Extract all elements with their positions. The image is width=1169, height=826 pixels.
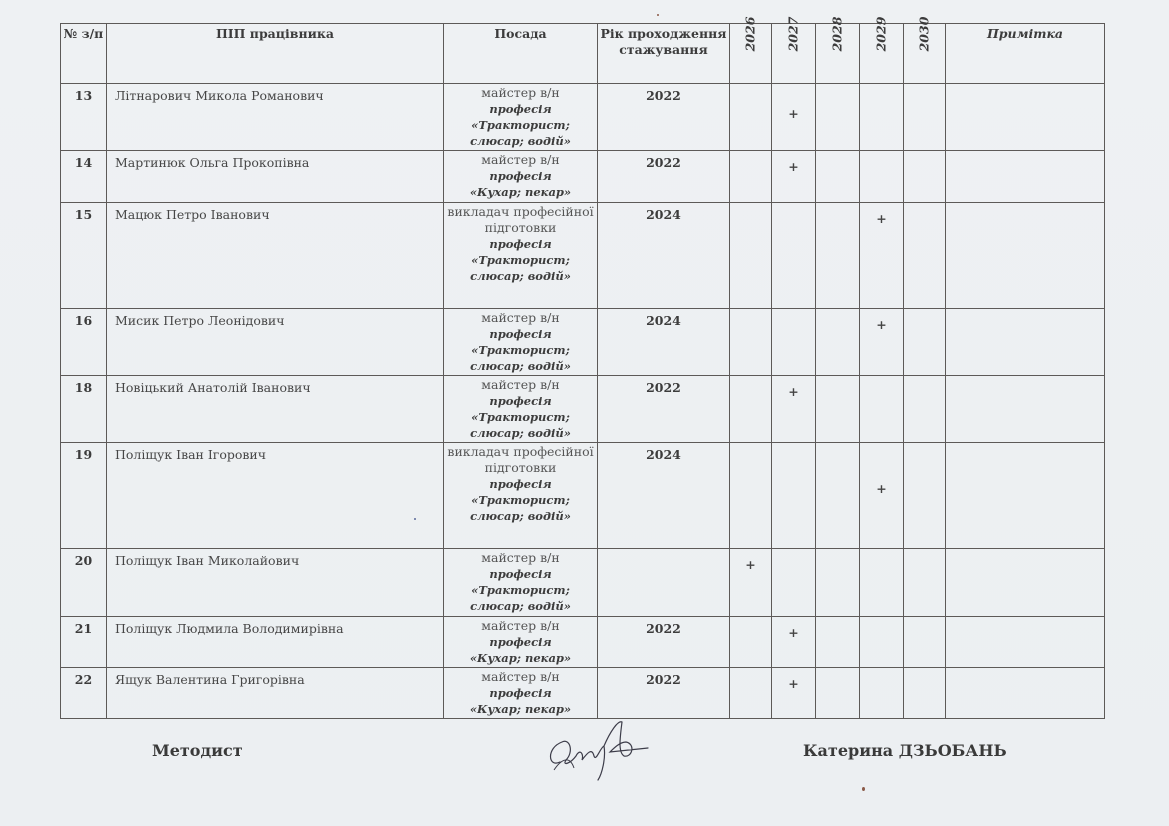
plus-mark-icon: + xyxy=(860,317,903,333)
plan-cell-2030 xyxy=(904,549,946,617)
plan-cell-2027: + xyxy=(772,151,816,203)
internship-year: 2022 xyxy=(598,668,730,719)
profession-label: професія xyxy=(444,393,597,409)
plan-cell-2026 xyxy=(730,443,772,549)
table-row: 19Поліщук Іван Ігоровичвикладач професій… xyxy=(61,443,1105,549)
table-row: 16Мисик Петро Леонідовичмайстер в/нпрофе… xyxy=(61,309,1105,376)
plan-cell-2027: + xyxy=(772,668,816,719)
internship-year: 2024 xyxy=(598,309,730,376)
plan-cell-2029: + xyxy=(860,443,904,549)
plan-cell-2028 xyxy=(816,549,860,617)
row-number: 15 xyxy=(61,203,107,309)
profession-label: професія xyxy=(444,236,597,252)
internship-year: 2022 xyxy=(598,617,730,668)
employee-position: викладач професійної підготовкипрофесія«… xyxy=(444,443,598,549)
plan-cell-2029: + xyxy=(860,203,904,309)
row-number: 21 xyxy=(61,617,107,668)
plan-cell-2027: + xyxy=(772,84,816,151)
plan-cell-2027 xyxy=(772,203,816,309)
profession-label: професія xyxy=(444,168,597,184)
table-row: 21Поліщук Людмила Володимирівнамайстер в… xyxy=(61,617,1105,668)
position-role: майстер в/н xyxy=(444,669,597,685)
table-header-row: № з/п ПІП працівника Посада Рік проходже… xyxy=(61,24,1105,84)
plan-cell-2027 xyxy=(772,443,816,549)
note-cell xyxy=(946,309,1105,376)
profession-name: «Кухар; пекар» xyxy=(444,650,597,666)
position-role: майстер в/н xyxy=(444,550,597,566)
employee-position: майстер в/нпрофесія«Кухар; пекар» xyxy=(444,617,598,668)
plan-cell-2030 xyxy=(904,617,946,668)
plan-cell-2029 xyxy=(860,617,904,668)
plan-cell-2030 xyxy=(904,443,946,549)
note-cell xyxy=(946,549,1105,617)
footer-signer: Катерина ДЗЬОБАНЬ xyxy=(803,741,1007,760)
plan-cell-2030 xyxy=(904,84,946,151)
profession-name: «Тракторист; слюсар; водій» xyxy=(444,117,597,149)
paper-speck xyxy=(414,518,416,520)
plan-cell-2026: + xyxy=(730,549,772,617)
employee-position: майстер в/нпрофесія«Тракторист; слюсар; … xyxy=(444,376,598,443)
row-number: 14 xyxy=(61,151,107,203)
header-position: Посада xyxy=(444,24,598,84)
row-number: 20 xyxy=(61,549,107,617)
plan-cell-2030 xyxy=(904,376,946,443)
plan-cell-2027: + xyxy=(772,376,816,443)
plan-cell-2027: + xyxy=(772,617,816,668)
plan-cell-2028 xyxy=(816,203,860,309)
header-num: № з/п xyxy=(61,24,107,84)
internship-year: 2022 xyxy=(598,376,730,443)
table-row: 14Мартинюк Ольга Прокопівнамайстер в/нпр… xyxy=(61,151,1105,203)
note-cell xyxy=(946,84,1105,151)
internship-year: 2024 xyxy=(598,443,730,549)
plan-cell-2028 xyxy=(816,376,860,443)
note-cell xyxy=(946,376,1105,443)
plan-cell-2026 xyxy=(730,617,772,668)
profession-label: професія xyxy=(444,326,597,342)
position-role: майстер в/н xyxy=(444,152,597,168)
employee-name: Поліщук Іван Ігорович xyxy=(107,443,444,549)
employee-position: майстер в/нпрофесія«Тракторист; слюсар; … xyxy=(444,309,598,376)
plan-cell-2028 xyxy=(816,443,860,549)
header-year-2030: 2030 xyxy=(904,24,946,84)
note-cell xyxy=(946,151,1105,203)
plan-cell-2029 xyxy=(860,376,904,443)
note-cell xyxy=(946,617,1105,668)
plan-cell-2026 xyxy=(730,376,772,443)
employee-position: майстер в/нпрофесія«Кухар; пекар» xyxy=(444,668,598,719)
profession-name: «Тракторист; слюсар; водій» xyxy=(444,582,597,614)
position-role: майстер в/н xyxy=(444,377,597,393)
position-role: викладач професійної підготовки xyxy=(444,204,597,236)
header-note: Примітка xyxy=(946,24,1105,84)
internship-year: 2022 xyxy=(598,84,730,151)
employee-name: Ящук Валентина Григорівна xyxy=(107,668,444,719)
profession-name: «Тракторист; слюсар; водій» xyxy=(444,342,597,374)
header-year-2028: 2028 xyxy=(816,24,860,84)
document-page: № з/п ПІП працівника Посада Рік проходже… xyxy=(0,0,1169,826)
profession-name: «Кухар; пекар» xyxy=(444,184,597,200)
plan-cell-2027 xyxy=(772,549,816,617)
plan-cell-2028 xyxy=(816,668,860,719)
plan-cell-2030 xyxy=(904,151,946,203)
plus-mark-icon: + xyxy=(860,481,903,497)
plus-mark-icon: + xyxy=(772,159,815,175)
plan-cell-2029 xyxy=(860,549,904,617)
employee-name: Мисик Петро Леонідович xyxy=(107,309,444,376)
employee-name: Поліщук Іван Миколайович xyxy=(107,549,444,617)
profession-label: професія xyxy=(444,685,597,701)
plan-cell-2027 xyxy=(772,309,816,376)
table-row: 15Мацюк Петро Івановичвикладач професійн… xyxy=(61,203,1105,309)
position-role: майстер в/н xyxy=(444,310,597,326)
profession-name: «Кухар; пекар» xyxy=(444,701,597,717)
note-cell xyxy=(946,203,1105,309)
employee-position: викладач професійної підготовкипрофесія«… xyxy=(444,203,598,309)
profession-label: професія xyxy=(444,476,597,492)
plan-cell-2026 xyxy=(730,151,772,203)
row-number: 18 xyxy=(61,376,107,443)
table-row: 22Ящук Валентина Григорівнамайстер в/нпр… xyxy=(61,668,1105,719)
plan-cell-2029 xyxy=(860,151,904,203)
position-role: майстер в/н xyxy=(444,618,597,634)
employee-name: Літнарович Микола Романович xyxy=(107,84,444,151)
signature-image xyxy=(540,718,650,784)
profession-label: професія xyxy=(444,101,597,117)
internship-year xyxy=(598,549,730,617)
plan-cell-2028 xyxy=(816,617,860,668)
plan-cell-2028 xyxy=(816,309,860,376)
staff-internship-table: № з/п ПІП працівника Посада Рік проходже… xyxy=(60,23,1105,719)
employee-name: Мацюк Петро Іванович xyxy=(107,203,444,309)
employee-position: майстер в/нпрофесія«Тракторист; слюсар; … xyxy=(444,549,598,617)
table-row: 13Літнарович Микола Романовичмайстер в/н… xyxy=(61,84,1105,151)
internship-year: 2022 xyxy=(598,151,730,203)
table-row: 18Новіцький Анатолій Івановичмайстер в/н… xyxy=(61,376,1105,443)
paper-speck xyxy=(862,787,865,791)
employee-position: майстер в/нпрофесія«Тракторист; слюсар; … xyxy=(444,84,598,151)
employee-name: Мартинюк Ольга Прокопівна xyxy=(107,151,444,203)
header-year: Рік проходження стажування xyxy=(598,24,730,84)
header-year-2027: 2027 xyxy=(772,24,816,84)
position-role: майстер в/н xyxy=(444,85,597,101)
plan-cell-2029 xyxy=(860,668,904,719)
internship-year: 2024 xyxy=(598,203,730,309)
row-number: 16 xyxy=(61,309,107,376)
employee-position: майстер в/нпрофесія«Кухар; пекар» xyxy=(444,151,598,203)
plus-mark-icon: + xyxy=(730,557,771,573)
profession-label: професія xyxy=(444,566,597,582)
profession-name: «Тракторист; слюсар; водій» xyxy=(444,409,597,441)
row-number: 13 xyxy=(61,84,107,151)
profession-label: професія xyxy=(444,634,597,650)
table-row: 20Поліщук Іван Миколайовичмайстер в/нпро… xyxy=(61,549,1105,617)
plan-cell-2026 xyxy=(730,84,772,151)
employee-name: Новіцький Анатолій Іванович xyxy=(107,376,444,443)
header-year-2026: 2026 xyxy=(730,24,772,84)
row-number: 22 xyxy=(61,668,107,719)
row-number: 19 xyxy=(61,443,107,549)
profession-name: «Тракторист; слюсар; водій» xyxy=(444,252,597,284)
plus-mark-icon: + xyxy=(772,625,815,641)
profession-name: «Тракторист; слюсар; водій» xyxy=(444,492,597,524)
plus-mark-icon: + xyxy=(772,106,815,122)
plus-mark-icon: + xyxy=(772,676,815,692)
plan-cell-2030 xyxy=(904,203,946,309)
position-role: викладач професійної підготовки xyxy=(444,444,597,476)
plan-cell-2026 xyxy=(730,668,772,719)
note-cell xyxy=(946,668,1105,719)
paper-speck xyxy=(657,14,659,16)
header-name: ПІП працівника xyxy=(107,24,444,84)
plan-cell-2029 xyxy=(860,84,904,151)
plan-cell-2029: + xyxy=(860,309,904,376)
plus-mark-icon: + xyxy=(772,384,815,400)
plan-cell-2030 xyxy=(904,309,946,376)
footer-title: Методист xyxy=(152,741,243,760)
plan-cell-2026 xyxy=(730,203,772,309)
plan-cell-2026 xyxy=(730,309,772,376)
header-year-2029: 2029 xyxy=(860,24,904,84)
plan-cell-2028 xyxy=(816,151,860,203)
note-cell xyxy=(946,443,1105,549)
plan-cell-2030 xyxy=(904,668,946,719)
plus-mark-icon: + xyxy=(860,211,903,227)
employee-name: Поліщук Людмила Володимирівна xyxy=(107,617,444,668)
plan-cell-2028 xyxy=(816,84,860,151)
